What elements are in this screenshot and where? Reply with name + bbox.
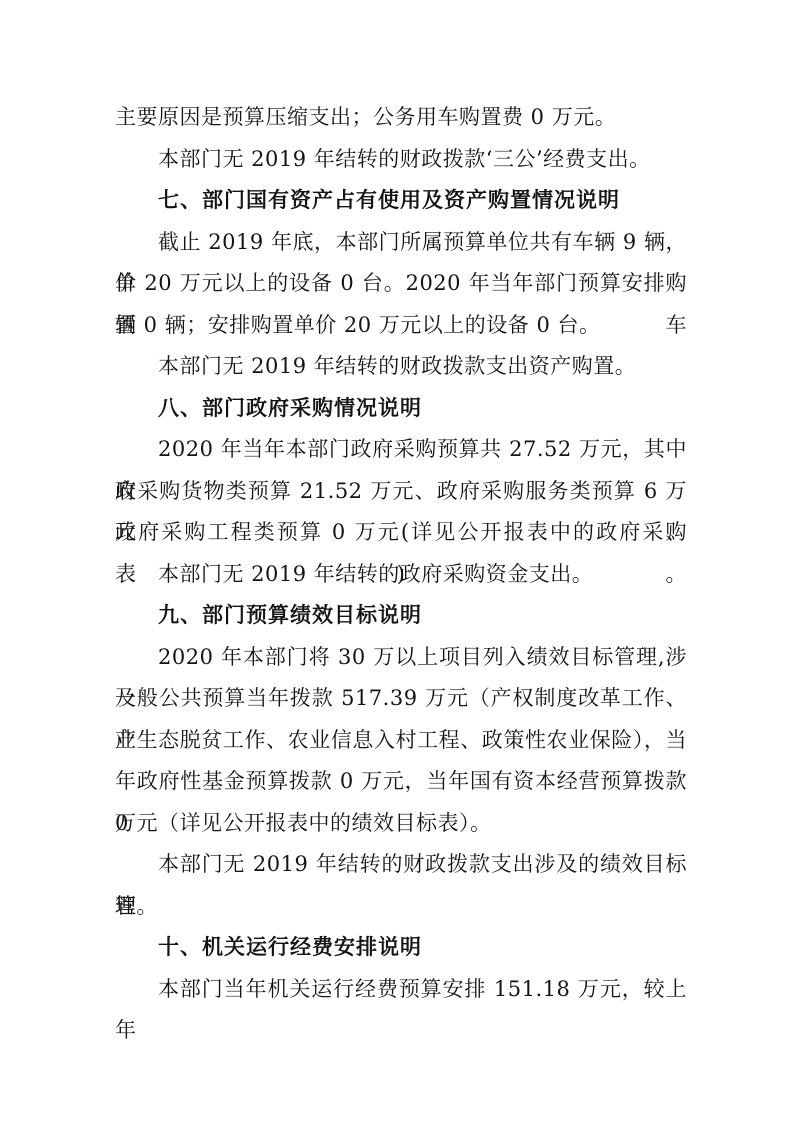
- section-heading: 七、部门国有资产占有使用及资产购置情况说明: [115, 180, 687, 222]
- text-line: 府采购货物类预算 21.52 万元、政府采购服务类预算 6 万元、: [115, 471, 687, 513]
- section-heading: 十、机关运行经费安排说明: [115, 927, 687, 969]
- text-line: 年政府性基金预算拨款 0 万元，当年国有资本经营预算拨款 0: [115, 761, 687, 803]
- text-line: 理。: [115, 886, 687, 928]
- text-line: 本部门当年机关运行经费预算安排 151.18 万元，较上年: [115, 969, 687, 1011]
- section-heading: 八、部门政府采购情况说明: [115, 388, 687, 430]
- text-line: 主要原因是预算压缩支出；公务用车购置费 0 万元。: [115, 97, 687, 139]
- document-body: 主要原因是预算压缩支出；公务用车购置费 0 万元。本部门无 2019 年结转的财…: [115, 97, 687, 1010]
- document-page: 主要原因是预算压缩支出；公务用车购置费 0 万元。本部门无 2019 年结转的财…: [0, 0, 793, 1122]
- text-line: 本部门无 2019 年结转的财政拨款‘三公’经费支出。: [115, 139, 687, 181]
- text-line: 政府采购工程类预算 0 万元(详见公开报表中的政府采购表)。: [115, 512, 687, 554]
- text-line: 2020 年当年本部门政府采购预算共 27.52 万元，其中政: [115, 429, 687, 471]
- text-line: 业生态脱贫工作、农业信息入村工程、政策性农业保险），当: [115, 720, 687, 762]
- text-line: 万元（详见公开报表中的绩效目标表）。: [115, 803, 687, 845]
- text-line: 本部门无 2019 年结转的财政拨款支出资产购置。: [115, 346, 687, 388]
- text-line: 价 20 万元以上的设备 0 台。2020 年当年部门预算安排购置车: [115, 263, 687, 305]
- text-line: 2020 年本部门将 30 万以上项目列入绩效目标管理,涉及: [115, 637, 687, 679]
- text-line: 一般公共预算当年拨款 517.39 万元（产权制度改革工作、产: [115, 678, 687, 720]
- section-heading: 九、部门预算绩效目标说明: [115, 595, 687, 637]
- text-line: 截止 2019 年底，本部门所属预算单位共有车辆 9 辆，单: [115, 222, 687, 264]
- text-line: 本部门无 2019 年结转的财政拨款支出涉及的绩效目标管: [115, 844, 687, 886]
